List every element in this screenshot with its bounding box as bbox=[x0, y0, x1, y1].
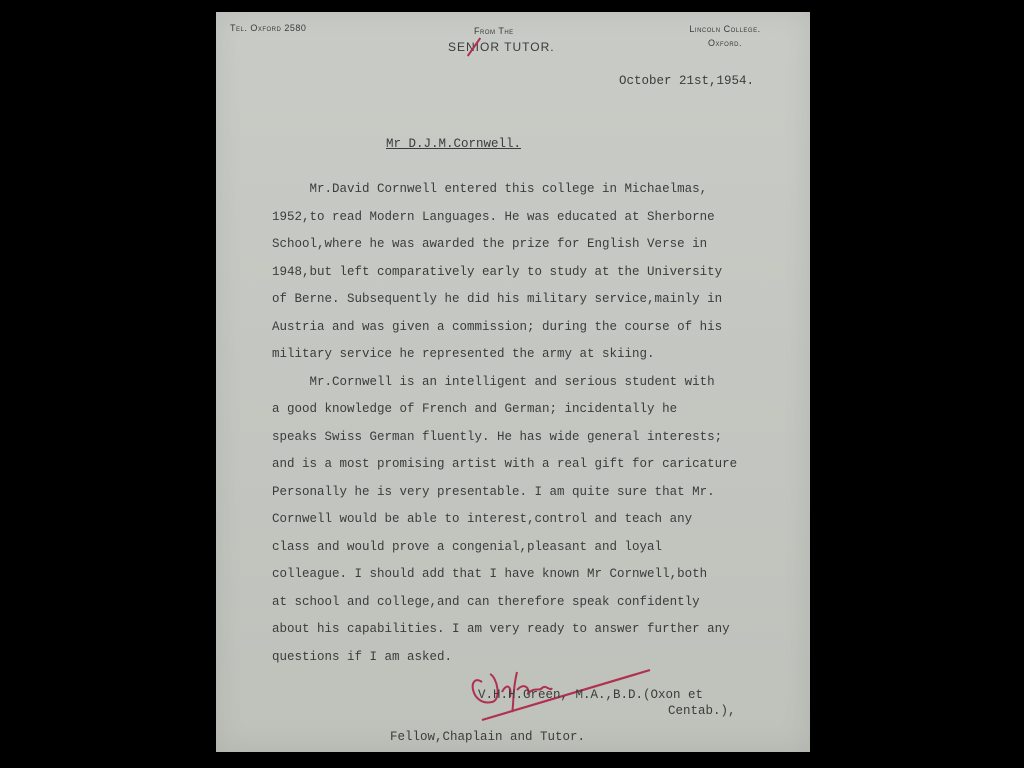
body-line: and is a most promising artist with a re… bbox=[272, 457, 737, 471]
body-line: Cornwell would be able to interest,contr… bbox=[272, 512, 692, 526]
letterhead-telephone: Tel. Oxford 2580 bbox=[230, 23, 306, 33]
body-line: class and would prove a congenial,pleasa… bbox=[272, 540, 662, 554]
letterhead-city: Oxford. bbox=[670, 38, 780, 48]
letterhead-office: SENIOR TUTOR. bbox=[448, 40, 555, 54]
signatory-title: Fellow,Chaplain and Tutor. bbox=[390, 730, 585, 744]
letter-subject: Mr D.J.M.Cornwell. bbox=[386, 137, 521, 151]
letterhead-college: Lincoln College. bbox=[670, 24, 780, 34]
body-line: 1952,to read Modern Languages. He was ed… bbox=[272, 210, 715, 224]
body-line: Mr.Cornwell is an intelligent and seriou… bbox=[272, 375, 715, 389]
letterhead-from: From The bbox=[474, 26, 514, 36]
signatory-name: V.H.H.Green, M.A.,B.D.(Oxon et bbox=[478, 688, 703, 702]
letter-date: October 21st,1954. bbox=[619, 74, 754, 88]
letter-page: Tel. Oxford 2580 From The SENIOR TUTOR. … bbox=[216, 12, 810, 752]
body-line: a good knowledge of French and German; i… bbox=[272, 402, 677, 416]
body-line: at school and college,and can therefore … bbox=[272, 595, 700, 609]
body-line: speaks Swiss German fluently. He has wid… bbox=[272, 430, 722, 444]
body-line: School,where he was awarded the prize fo… bbox=[272, 237, 707, 251]
body-line: questions if I am asked. bbox=[272, 650, 452, 664]
body-line: Personally he is very presentable. I am … bbox=[272, 485, 715, 499]
body-line: colleague. I should add that I have know… bbox=[272, 567, 707, 581]
body-line: 1948,but left comparatively early to stu… bbox=[272, 265, 722, 279]
body-line: Austria and was given a commission; duri… bbox=[272, 320, 722, 334]
body-line: about his capabilities. I am very ready … bbox=[272, 622, 730, 636]
body-line: of Berne. Subsequently he did his milita… bbox=[272, 292, 722, 306]
body-line: military service he represented the army… bbox=[272, 347, 655, 361]
signatory-degrees-cont: Centab.), bbox=[668, 704, 736, 718]
signature-icon bbox=[462, 652, 662, 722]
body-line: Mr.David Cornwell entered this college i… bbox=[272, 182, 707, 196]
